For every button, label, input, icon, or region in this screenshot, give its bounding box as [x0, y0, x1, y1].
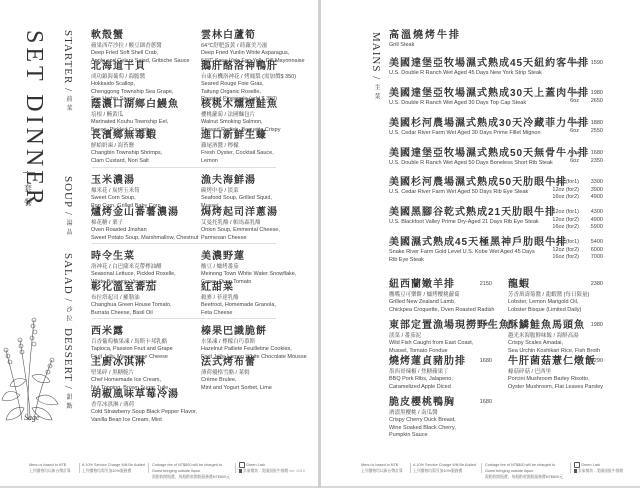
main-price: 2380 [583, 281, 603, 289]
footer-service-note: A 10% Service Charge Will Be Added上列價格均需… [413, 462, 476, 474]
set-dinner-title-zh: 套餐 [24, 182, 34, 210]
menu-item: 焗烤起司洋蔥湯 艾曼托乳酪 / 帕馬森乳酪 Onion Soup, Emment… [201, 207, 280, 242]
menu-item: 核桃木燻煙鮭魚 櫻桃蘿蔔 / 法國麵包片 Walnut Smoking Salm… [201, 99, 281, 134]
section-divider [92, 243, 276, 244]
footer-currency-note: Menu is based in NT$上列價格均以新台幣計算 [361, 462, 403, 474]
steak-item: 美國黑腳谷乾式熟成21天肋眼牛排 U.S. Blackfoot Valley P… [389, 207, 556, 227]
steak-size: 12oz (for1)12oz (for2)16oz (for2) [539, 239, 579, 262]
main-item: 燒烤蓮貞豬肋排 墨西哥辣椒 / 焦糖蘋果丁 BBQ Pork Ribs, Jal… [389, 356, 466, 391]
steak-size: 12oz (for1)12oz (for2)16oz (for2) [539, 179, 579, 202]
menu-item: 法式烤布蕾 薄荷優格雪酪 / 萊姆 Crème Brulee, Mint and… [201, 357, 272, 392]
menu-item: 進口新鮮生蠔 雞尾酒醬 / 檸檬 Fresh Oyster, Cocktail … [201, 130, 274, 165]
menu-right-page: MAINS / 主菜 高溫燒烤牛排 Grill Steak 美國達堡亞牧場濕式熟… [321, 0, 640, 486]
section-divider [92, 167, 276, 168]
footer-service-note: A 10% Service Charge Will Be Added上列價格均需… [82, 462, 145, 474]
menu-item: 胡椒風味草莓冷湯 香草冰淇淋 / 薄荷 Cold Strawberry Soup… [91, 389, 197, 424]
menu-item: 北海道干貝 成功鎮海葡萄 / 海膽醬 Hokkaido Scallop, Che… [91, 61, 173, 104]
sage-label: Sage [24, 413, 40, 422]
menu-left-page: SET DINNER 套餐 STARTER / 前菜 SOUP / 湯品 SAL… [0, 0, 318, 486]
footer-corkage-note: Corkage fee of NT$800 will be charged to… [152, 462, 230, 480]
main-price: 1680 [472, 399, 492, 407]
main-price: 1290 [583, 358, 603, 366]
footer-social: Green Lark 雲雀餐坊 - 美國頂級牛排館 ver. 2019 [239, 462, 305, 474]
footer-right: Menu is based in NT$上列價格均以新台幣計算 A 10% Se… [321, 462, 640, 476]
menu-item: 主廚冰淇淋 堅果碎 / 黑糖脆片 Chef Homemade Ice Cream… [91, 357, 168, 392]
section-label-salad: SALAD / 沙拉 [62, 253, 74, 324]
main-price: 1980 [583, 322, 603, 330]
steak-price: 18802550 [583, 120, 603, 135]
footer-corkage-note: Corkage fee of NT$800 will be charged to… [485, 462, 563, 480]
grill-steak-heading: 高溫燒烤牛排 Grill Steak [389, 30, 461, 50]
menu-item: 軟殼蟹 蘋果西芹沙拉 / 酸豆細香蔥醬 Deep Fried Soft Shel… [91, 30, 189, 65]
menu-item: 雲林白蘆筍 64℃舒肥蛋黃 / 蒔蘿美乃滋 Deep Fried Yunlin … [201, 30, 305, 65]
main-price: 2150 [472, 281, 492, 289]
footer-social: Green Lark 雲雀餐坊 - 美國頂級牛排館 [574, 462, 623, 474]
menu-item: 爐烤金山番薯濃湯 棉花糖 / 栗子 Oven Roasted Jinshan S… [91, 207, 198, 242]
menu-item: 漁夫海鮮湯 碳烤中卷 / 淡菜 Seafood Soup, Grilled Sq… [201, 175, 272, 210]
facebook-icon [574, 469, 577, 473]
facebook-icon [239, 469, 242, 473]
sage-illustration-icon [0, 280, 60, 430]
steak-price: 19802650 [583, 90, 603, 105]
section-divider [92, 318, 276, 319]
section-label-starter: STARTER / 前菜 [62, 30, 74, 114]
menu-item: 美濃野蓮 酸豆 / 爐烤番茄 Meinong Town White Water … [201, 251, 296, 286]
menu-item: 玉米濃湯 爆米花 / 炭烤玉米筍 Sweet Corn Soup, Pop Co… [91, 175, 161, 210]
menu-item: 彰化溫室番茄 布拉塔起司 / 羅勒油 Changhua Green House … [91, 282, 172, 317]
main-item: 龍蝦 芳香萬壽菊醬 / 龍蝦醬 (每日限量) Lobster, Lemon Ma… [508, 279, 589, 314]
main-item: 脆皮櫻桃鴨胸 酒漬黑櫻桃 / 南瓜醬 Crispy Cherry Duck Br… [389, 397, 456, 440]
menu-item: 紅甜菜 穀麥 / 菲達乳酪 Beetroot, Homemade Granola… [201, 282, 276, 317]
menu-item: 西米露 百香葡萄柚果凍 / 馬斯卡邦乳酪 Tapioca, Passion Fr… [91, 326, 173, 361]
steak-size: 4oz6oz [551, 120, 579, 135]
steak-size: 4oz6oz [551, 90, 579, 105]
steak-price: 16802350 [583, 150, 603, 165]
menu-item: 榛果巴識脆餅 水果凍 / 檸檬白巧慕斯 Hazelnut Paillete Fe… [201, 326, 307, 361]
steak-price: 1590 [583, 60, 603, 68]
steak-price: 330039004900 [583, 179, 603, 202]
steak-size: 6oz [551, 60, 579, 68]
steak-size: 12oz (for1)12oz (for2)16oz (for2) [539, 209, 579, 232]
steak-price: 540060007000 [583, 239, 603, 262]
section-label-dessert: DESSERT / 甜點 [62, 328, 74, 412]
section-label-mains: MAINS / 主菜 [370, 32, 382, 102]
footer-left: Menu is based in NT$上列價格均以新台幣計算 A 10% Se… [0, 462, 318, 476]
steak-size: 4oz6oz [551, 150, 579, 165]
footer-currency-note: Menu is based in NT$上列價格均以新台幣計算 [29, 462, 71, 474]
steak-price: 430049005900 [583, 209, 603, 232]
menu-item: 長濱鄉無毒蝦 鮮蛤奶凍 / 海苔鹽 Changbin Township Shri… [91, 130, 162, 165]
menu-item: 蔭濃口湖鄉白鰻魚 培根 / 醃黃瓜 Marinated Kouhu Townsh… [91, 99, 179, 134]
menu-item: 時令生菜 洛神花 / 白巴薩米克帶檸油醋 Seasonal Lettuce, P… [91, 251, 176, 286]
main-price: 1680 [472, 322, 492, 330]
title-divider [23, 172, 35, 173]
section-label-soup: SOUP / 湯品 [62, 176, 74, 238]
main-price: 1680 [472, 358, 492, 366]
menu-item: 鵝肝酪洛神鴨肝 台東有機洛神花 / 烤鳳梨 (需加價$ 350) Seared … [201, 61, 296, 104]
